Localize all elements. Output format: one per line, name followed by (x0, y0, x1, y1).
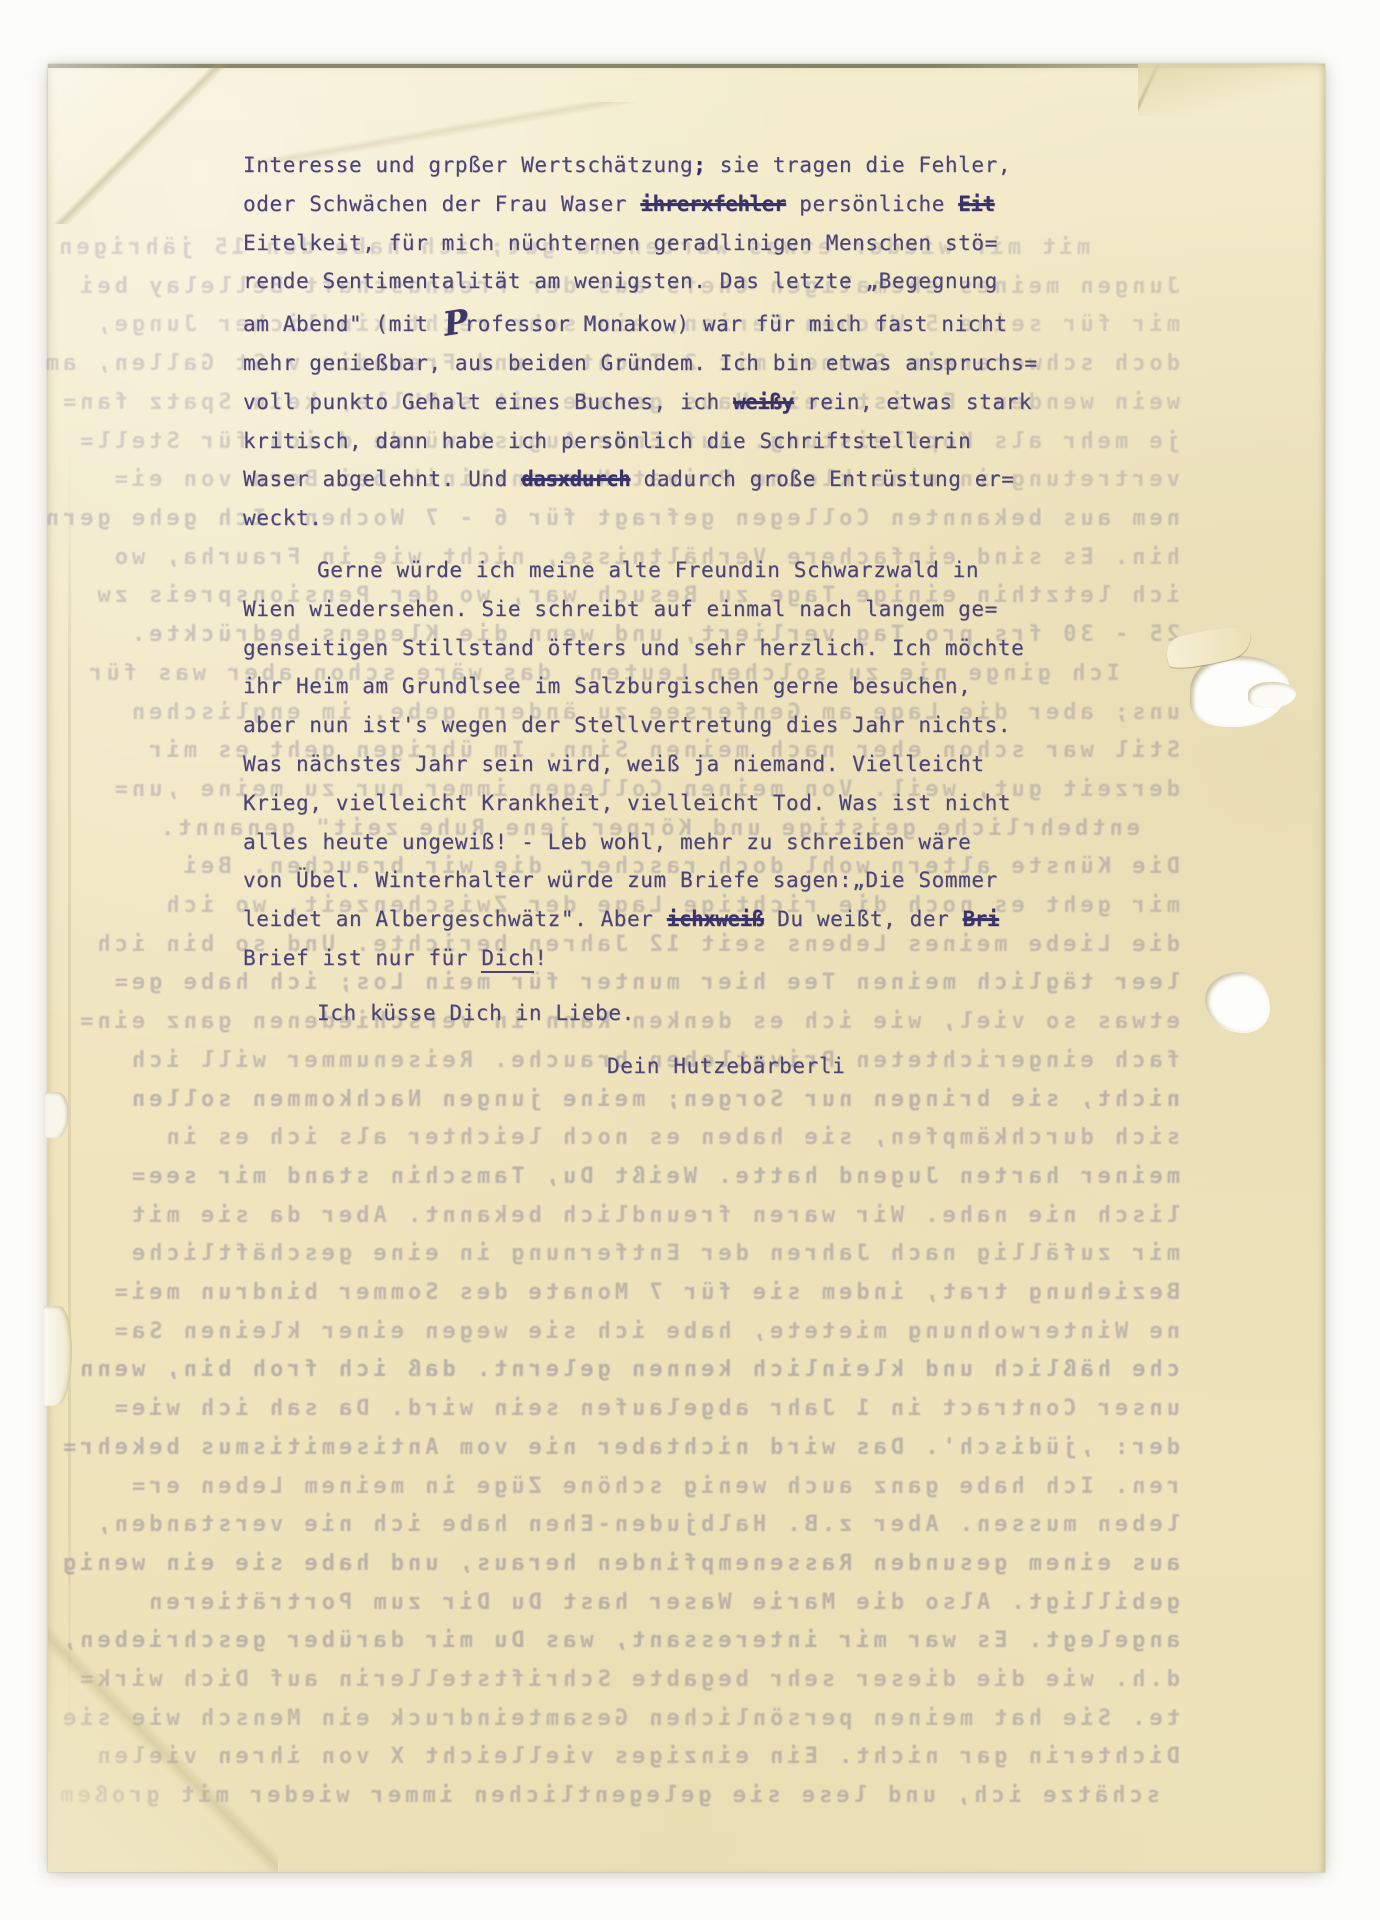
letter-text-segment: ihr Heim am Grundlsee im Salzburgischen … (243, 674, 971, 698)
bleed-line: mir zufällig nach Jahren der Entfernung … (128, 1241, 1180, 1267)
paper-tear-left-upper (45, 1092, 69, 1138)
letter-text-segment: leidet an Albergeschwätz". Aber (243, 907, 667, 931)
paper-crease-top-left (48, 64, 238, 224)
bleed-line: ren. Ich habe ganz auch wenig schöne Züg… (128, 1474, 1180, 1500)
letter-line: ihr Heim am Grundlsee im Salzburgischen … (243, 667, 1103, 706)
scanned-letter-screenshot: { "document": { "kind": "typewritten let… (0, 0, 1380, 1920)
letter-line: am Abend" (mit Professor Monakow) war fü… (243, 301, 1103, 344)
letter-text-segment: Waser abgelehnt. Und (243, 467, 521, 491)
letter-text-segment: Gerne würde ich meine alte Freundin Schw… (317, 558, 979, 582)
letter-text-segment: Bri (963, 907, 999, 931)
letter-line: oder Schwächen der Frau Waser ihrerxfehl… (243, 185, 1103, 224)
letter-line: Interesse und grpßer Wertschätzung; sie … (243, 146, 1103, 185)
letter-line: von Übel. Winterhalter würde zum Briefe … (243, 861, 1103, 900)
letter-text-segment: ihrerxfehler (640, 192, 786, 216)
letter-text-segment: kritisch, dann habe ich persönlich die S… (243, 429, 971, 453)
letter-line: kritisch, dann habe ich persönlich die S… (243, 422, 1103, 461)
paper-tear-right-upper (1190, 656, 1288, 726)
letter-text-segment: mehr genießbar, aus beiden Gründem. Ich … (243, 351, 1038, 375)
paper-tear-right-lower (1205, 972, 1269, 1032)
letter-text-segment: Interesse und grpßer Wertschätzung (243, 153, 693, 177)
letter-line: Gerne würde ich meine alte Freundin Schw… (317, 551, 1103, 590)
letter-text-segment: dadurch große Entrüstung er= (630, 467, 1014, 491)
letter-text-segment: Dich (481, 946, 534, 973)
letter-text-segment: rende Sentimentalität am wenigsten. Das … (243, 269, 998, 293)
letter-line: Dein Hutzebärberli (607, 1047, 1103, 1086)
letter-text-segment: aber nun ist's wegen der Stellvertretung… (243, 713, 1011, 737)
letter-page: mit mir wieder etwas wartenend gut; ich … (48, 64, 1325, 1872)
handwritten-p: P (440, 302, 471, 344)
letter-text-segment: Eitelkeit, für mich nüchternen geradlini… (243, 231, 998, 255)
letter-line: Krieg, vielleicht Krankheit, vielleicht … (243, 784, 1103, 823)
letter-line: alles heute ungewiß! - Leb wohl, mehr zu… (243, 823, 1103, 862)
bleed-line: meiner harten Jugend hatte. Weißt Du, Ta… (128, 1164, 1180, 1190)
letter-text-segment: Ich küsse Dich in Liebe. (317, 1001, 635, 1025)
letter-line: rende Sentimentalität am wenigsten. Das … (243, 262, 1103, 301)
letter-line: Eitelkeit, für mich nüchternen geradlini… (243, 224, 1103, 263)
letter-text-segment: Was nächstes Jahr sein wird, weiß ja nie… (243, 752, 985, 776)
letter-text-segment: oder Schwächen der Frau Waser (243, 192, 640, 216)
letter-text-segment: Brief ist nur für (243, 946, 481, 970)
bleed-line: ne Winterwohnung mietete, habe ich sie w… (111, 1319, 1180, 1345)
letter-line: voll punkto Gehalt eines Buches, ich wei… (243, 383, 1103, 422)
letter-line: Waser abgelehnt. Und dasxdurch dadurch g… (243, 460, 1103, 499)
bleed-line: sich durchkämpfen, sie haben es noch lei… (163, 1125, 1180, 1151)
letter-text-segment: Dein Hutzebärberli (607, 1054, 845, 1078)
bleed-line: lisch nie nahe. Wir waren freundlich bek… (128, 1203, 1180, 1229)
bleed-line: gebilligt. Also die Marie Waser hast Du … (145, 1590, 1180, 1616)
letter-text-segment: Krieg, vielleicht Krankheit, vielleicht … (243, 791, 1011, 815)
letter-line: Wien wiedersehen. Sie schreibt auf einma… (243, 590, 1103, 629)
letter-text-segment: ; (693, 153, 706, 177)
letter-text-segment: am Abend" (mit (243, 312, 442, 336)
letter-text-segment: Wien wiedersehen. Sie schreibt auf einma… (243, 597, 998, 621)
bleed-line: nicht, sie bringen nur Sorgen; meine jun… (128, 1087, 1180, 1113)
paper-dogear-top-right (1138, 64, 1325, 116)
letter-text-segment: alles heute ungewiß! - Leb wohl, mehr zu… (243, 830, 971, 854)
letter-text-segment: ichxweiß (667, 907, 764, 931)
letter-line: Brief ist nur für Dich! (243, 939, 1103, 978)
letter-text-segment: rein, etwas stark (794, 390, 1032, 414)
letter-text-segment: voll punkto Gehalt eines Buches, ich (243, 390, 733, 414)
letter-line: mehr genießbar, aus beiden Gründem. Ich … (243, 344, 1103, 383)
letter-line: leidet an Albergeschwätz". Aber ichxweiß… (243, 900, 1103, 939)
letter-text-segment: weißy (733, 390, 794, 414)
letter-text-segment: von Übel. Winterhalter würde zum Briefe … (243, 868, 998, 892)
letter-line: weckt. (243, 499, 1103, 538)
bleed-line: aus einem gesunden Rassenempfinden herau… (59, 1551, 1180, 1577)
letter-body: Interesse und grpßer Wertschätzung; sie … (243, 146, 1103, 1085)
bleed-line: Beziehung trat, indem sie für 7 Monate d… (111, 1280, 1180, 1306)
letter-line: Ich küsse Dich in Liebe. (317, 994, 1103, 1033)
letter-text-segment: Eit (958, 192, 994, 216)
letter-text-segment: dasxdurch (521, 467, 630, 491)
letter-text-segment: ! (534, 946, 547, 970)
letter-line: genseitigen Stillstand öfters und sehr h… (243, 629, 1103, 668)
letter-text-segment: genseitigen Stillstand öfters und sehr h… (243, 636, 1024, 660)
bleed-line: leben mussen. Aber z.B. Halbjuden-Ehen h… (94, 1512, 1180, 1538)
bleed-line: che häßlich und kleinlich kennen gelernt… (76, 1357, 1180, 1383)
letter-text-segment: persönliche (786, 192, 958, 216)
bleed-line: unser Contract in 1 Jahr abgelaufen sein… (111, 1396, 1180, 1422)
bleed-line: der: ‚jüdisch'. Das wird nichtaber nie v… (59, 1435, 1180, 1461)
letter-line: aber nun ist's wegen der Stellvertretung… (243, 706, 1103, 745)
paper-fold-bottom-left (48, 1602, 278, 1872)
paper-fold-left (68, 444, 71, 1744)
letter-text-segment: sie tragen die Fehler, (707, 153, 1012, 177)
letter-text-segment: rofessor Monakow) war für mich fast nich… (464, 312, 1007, 336)
letter-line: Was nächstes Jahr sein wird, weiß ja nie… (243, 745, 1103, 784)
letter-text-segment: weckt. (243, 506, 322, 530)
letter-text-segment: Du weißt, der (764, 907, 963, 931)
